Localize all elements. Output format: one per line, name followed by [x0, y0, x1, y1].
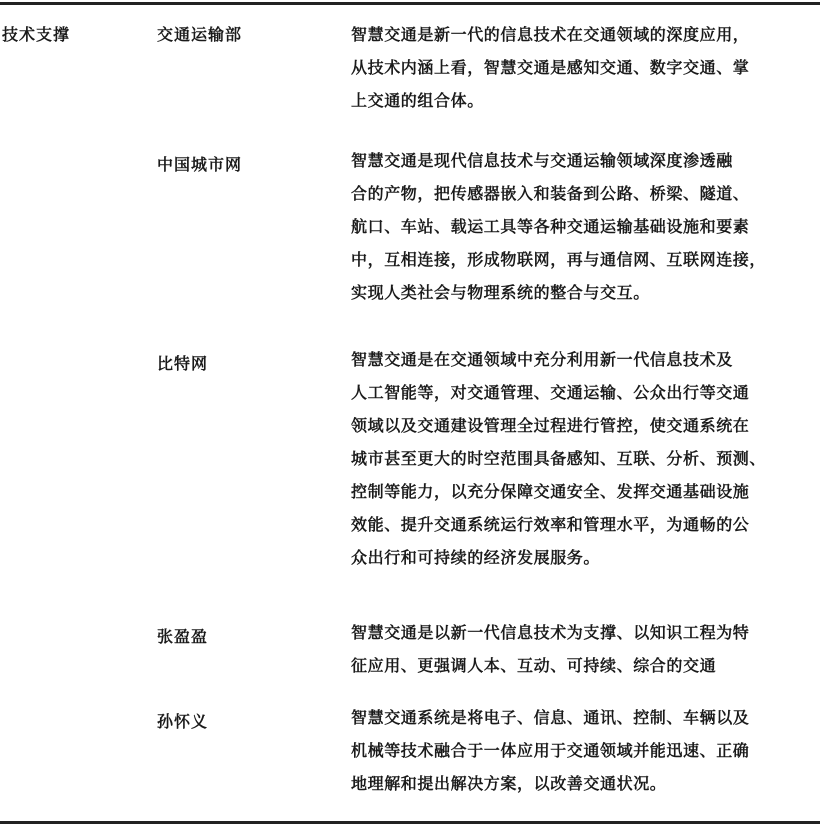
definition-line: 航口、车站、载运工具等各种交通运输基础设施和要素 [351, 210, 811, 243]
definition-line: 智慧交通是新一代的信息技术在交通领域的深度应用， [351, 18, 811, 51]
category-label: 技术支撑 [2, 22, 70, 45]
definition-text: 智慧交通是以新一代信息技术为支撑、以知识工程为特 征应用、更强调人本、互动、可持… [351, 616, 811, 682]
definition-line: 城市甚至更大的时空范围具备感知、互联、分析、预测、 [351, 442, 811, 475]
definition-text: 智慧交通是在交通领域中充分利用新一代信息技术及 人工智能等，对交通管理、交通运输… [351, 343, 811, 574]
definition-text: 智慧交通是现代信息技术与交通运输领域深度渗透融 合的产物，把传感器嵌入和装备到公… [351, 144, 811, 309]
source-label: 张盈盈 [157, 624, 208, 647]
definition-line: 地理解和提出解决方案，以改善交通状况。 [351, 767, 811, 800]
definition-line: 领域以及交通建设管理全过程进行管控，使交通系统在 [351, 409, 811, 442]
definition-line: 众出行和可持续的经济发展服务。 [351, 541, 811, 574]
definition-text: 智慧交通系统是将电子、信息、通讯、控制、车辆以及 机械等技术融合于一体应用于交通… [351, 701, 811, 800]
definition-line: 从技术内涵上看，智慧交通是感知交通、数字交通、掌 [351, 51, 811, 84]
source-label: 孙怀义 [157, 709, 208, 732]
table-top-rule [0, 2, 820, 5]
definition-line: 机械等技术融合于一体应用于交通领域并能迅速、正确 [351, 734, 811, 767]
definition-text: 智慧交通是新一代的信息技术在交通领域的深度应用， 从技术内涵上看，智慧交通是感知… [351, 18, 811, 117]
definition-line: 中，互相连接，形成物联网，再与通信网、互联网连接， [351, 243, 811, 276]
definition-line: 上交通的组合体。 [351, 84, 811, 117]
source-label: 中国城市网 [157, 152, 242, 175]
definition-line: 智慧交通系统是将电子、信息、通讯、控制、车辆以及 [351, 701, 811, 734]
definition-line: 智慧交通是以新一代信息技术为支撑、以知识工程为特 [351, 616, 811, 649]
definition-line: 合的产物，把传感器嵌入和装备到公路、桥梁、隧道、 [351, 177, 811, 210]
table-bottom-rule [0, 821, 820, 824]
definition-line: 实现人类社会与物理系统的整合与交互。 [351, 276, 811, 309]
definition-line: 效能、提升交通系统运行效率和管理水平，为通畅的公 [351, 508, 811, 541]
definition-line: 智慧交通是现代信息技术与交通运输领域深度渗透融 [351, 144, 811, 177]
definition-line: 控制等能力，以充分保障交通安全、发挥交通基础设施 [351, 475, 811, 508]
definition-line: 智慧交通是在交通领域中充分利用新一代信息技术及 [351, 343, 811, 376]
source-label: 比特网 [157, 351, 208, 374]
definition-line: 人工智能等，对交通管理、交通运输、公众出行等交通 [351, 376, 811, 409]
source-label: 交通运输部 [157, 22, 242, 45]
definition-line: 征应用、更强调人本、互动、可持续、综合的交通 [351, 649, 811, 682]
